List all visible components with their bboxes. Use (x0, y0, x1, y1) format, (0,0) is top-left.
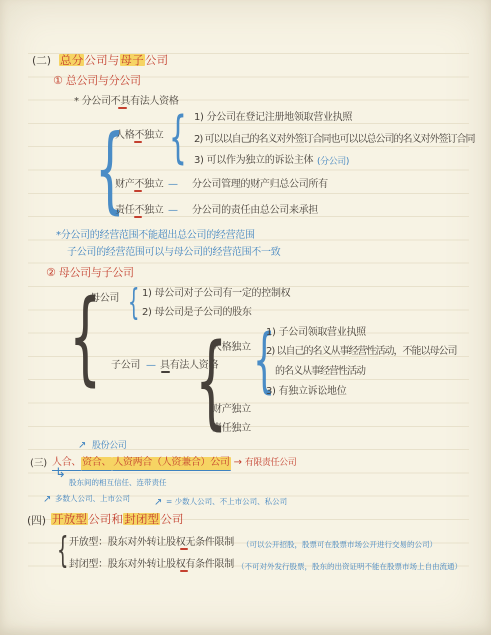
property-not-independent-text: 分公司管理的财产归总公司所有 (192, 179, 328, 191)
open-type-annotation: 多数人公司、上市公司 (55, 493, 130, 505)
underline-mark (134, 190, 142, 192)
subsidiary-item-2-line1: 2) 以自己的名义从事经营性活动，不能以母公司 (266, 346, 456, 358)
item-1-heading: ① 总公司与分公司 (53, 75, 141, 87)
brace-icon: { (57, 534, 68, 568)
underline-mark (118, 107, 127, 109)
open-type-note: （可以公开招股，股票可在股票市场公开进行交易的公司） (242, 539, 437, 551)
sub-property-independent-label: 财产独立 (212, 404, 251, 416)
section-2-label: (二) (32, 55, 51, 67)
section-4-title-seg2: 公司和 (88, 513, 123, 525)
open-type-rule: 开放型：股东对外转让股权无条件限制 (69, 537, 234, 549)
underline-mark (161, 371, 170, 373)
section-4-title-seg4: 公司 (160, 513, 183, 525)
subsidiary-item-1: 1) 子公司领取营业执照 (266, 327, 366, 339)
subsidiary-item-2-line2: 的名义从事经营性活动 (275, 366, 365, 378)
liability-not-independent-text: 分公司的责任由总公司来承担 (192, 205, 318, 217)
section-3-term-2: 资合、 (81, 457, 112, 471)
parent-item-1: 1) 母公司对子公司有一定的控制权 (142, 288, 290, 300)
section-2-title-seg2: 公司与 (84, 54, 119, 66)
underline-mark (134, 216, 142, 218)
item-1-title: 总公司与分公司 (66, 75, 141, 87)
mutual-trust-annotation: 股东间的相互信任、连带责任 (69, 477, 167, 489)
dash-icon: — (168, 179, 178, 191)
joint-stock-annotation: 股份公司 (92, 440, 126, 452)
sub-liability-independent-label: 责任独立 (212, 423, 251, 435)
dash-icon: — (168, 205, 178, 217)
underline-mark (134, 141, 142, 143)
section-3-term-3: 人资两合（人资兼合）公司 (112, 457, 230, 471)
section-3-result: 有限责任公司 (245, 457, 297, 469)
closed-type-rule: 封闭型：股东对外转让股权有条件限制 (69, 559, 234, 571)
branch-item-2: 2) 可以以自己的名义对外签订合同也可以以总公司的名义对外签订合同 (194, 134, 474, 146)
section-4-title: 开放型公司和封闭型公司 (51, 513, 184, 525)
section-2-title-seg1: 总分 (59, 54, 84, 66)
branch-item-1: 1) 分公司在登记注册地领取营业执照 (194, 112, 352, 124)
curved-arrow-icon: ↗ (43, 494, 51, 506)
curved-arrow-icon: ↗ (78, 440, 86, 452)
section-2-title: 总分公司与母子公司 (59, 54, 168, 66)
underline-mark (180, 570, 188, 572)
section-2-title-seg4: 公司 (145, 54, 168, 66)
section-4-title-seg3: 封闭型 (123, 513, 160, 525)
curved-arrow-icon: ↗ (154, 497, 162, 509)
underline-mark (180, 548, 188, 550)
item-1-number: ① (53, 75, 63, 87)
section-4-title-seg1: 开放型 (51, 513, 88, 525)
section-2-title-seg3: 母子 (120, 54, 145, 66)
branch-item-3-note: (分公司) (317, 156, 349, 168)
subsidiary-label: 子公司 (111, 360, 140, 372)
closed-type-annotation: = 少数人公司、不上市公司、私公司 (166, 496, 287, 508)
branch-item-3: 3) 可以作为独立的诉讼主体 (194, 155, 313, 167)
dash-icon: — (146, 360, 156, 372)
elbow-arrow-icon: ↳ (55, 468, 66, 480)
brace-icon: { (169, 111, 187, 165)
business-scope-note-1: *分公司的经营范围不能超出总公司的经营范围 (56, 230, 255, 242)
section-4-label: (四) (27, 515, 46, 527)
notebook-page: (二) 总分公司与母子公司 ① 总公司与分公司 * 分公司不具有法人资格 { 人… (0, 0, 491, 635)
arrow-icon: → (234, 457, 242, 469)
business-scope-note-2: 子公司的经营范围可以与母公司的经营范围不一致 (67, 247, 280, 259)
parent-company-label: 母公司 (90, 293, 119, 305)
parent-item-2: 2) 母公司是子公司的股东 (142, 307, 252, 319)
subsidiary-item-3: 3) 有独立诉讼地位 (266, 386, 346, 398)
section-3-title: 人合、资合、人资两合（人资兼合）公司→有限责任公司 (52, 457, 296, 471)
item-2-number: ② (46, 267, 56, 279)
closed-type-note: （不可对外发行股票，股东的出资证明不能在股票市场上自由流通） (237, 561, 462, 573)
section-3-label: (三) (30, 458, 47, 470)
brace-icon: { (128, 286, 139, 320)
sub-personality-independent-label: 人格独立 (212, 342, 251, 354)
